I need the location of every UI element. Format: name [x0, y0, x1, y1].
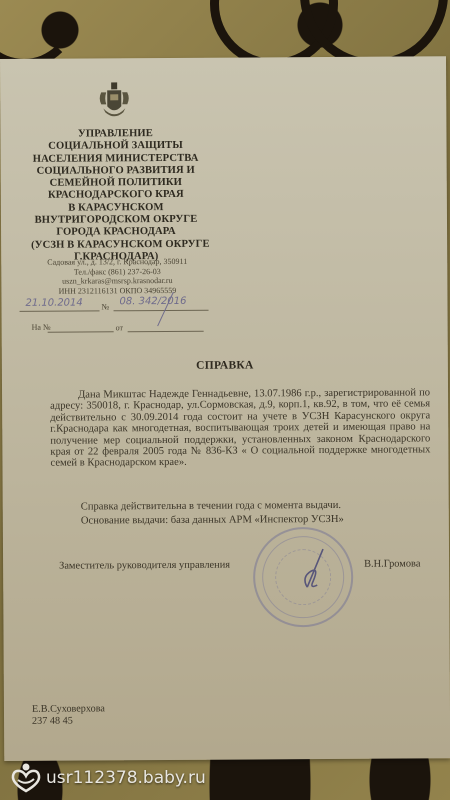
handwritten-date: 21.10.2014	[25, 297, 82, 308]
signer-name: В.Н.Громова	[364, 558, 420, 569]
number-label: №	[101, 302, 109, 311]
watermark-text: usr112378.baby.ru	[46, 768, 206, 788]
signer-title: Заместитель руководителя управления	[59, 560, 230, 572]
org-line: ГОРОДА КРАСНОДАРА	[31, 226, 201, 239]
executor-block: Е.В.Суховерхова 237 48 45	[32, 703, 105, 727]
handwritten-stroke	[151, 290, 181, 330]
org-line: КРАСНОДАРСКОГО КРАЯ	[31, 189, 201, 202]
certificate-document: УПРАВЛЕНИЕ СОЦИАЛЬНОЙ ЗАЩИТЫ НАСЕЛЕНИЯ М…	[0, 56, 450, 761]
date-underline	[20, 310, 100, 311]
certificate-body: Дана Микштас Надежде Геннадьевне, 13.07.…	[50, 387, 430, 469]
baby-ru-heart-icon	[10, 763, 42, 793]
body-paragraph: Дана Микштас Надежде Геннадьевне, 13.07.…	[50, 387, 430, 469]
org-line: В КАРАСУНСКОМ	[31, 202, 201, 215]
ref-from-label: от	[116, 323, 123, 332]
org-address: Садовая ул., д. 13/2, г. Краснодар, 3509…	[31, 257, 203, 268]
organization-header: УПРАВЛЕНИЕ СОЦИАЛЬНОЙ ЗАЩИТЫ НАСЕЛЕНИЯ М…	[30, 128, 201, 264]
document-title: СПРАВКА	[2, 358, 448, 373]
signature-mark	[293, 547, 333, 597]
org-line: СОЦИАЛЬНОЙ ЗАЩИТЫ	[31, 140, 201, 153]
ref-number-underline	[48, 331, 114, 332]
org-line: СЕМЕЙНОЙ ПОЛИТИКИ	[31, 177, 201, 190]
org-line: (УСЗН В КАРАСУНСКОМ ОКРУГЕ	[31, 238, 201, 251]
ref-number-label: На №	[32, 323, 51, 332]
ref-from-underline	[128, 331, 204, 332]
executor-name: Е.В.Суховерхова	[32, 703, 105, 715]
site-watermark: usr112378.baby.ru	[10, 763, 206, 793]
org-line: НАСЕЛЕНИЯ МИНИСТЕРСТВА	[31, 152, 201, 165]
coat-of-arms-icon	[97, 82, 131, 120]
validity-block: Справка действительна в течении года с м…	[81, 499, 344, 529]
org-line: ВНУТРИГОРОДСКОМ ОКРУГЕ	[31, 214, 201, 227]
executor-phone: 237 48 45	[32, 715, 105, 727]
